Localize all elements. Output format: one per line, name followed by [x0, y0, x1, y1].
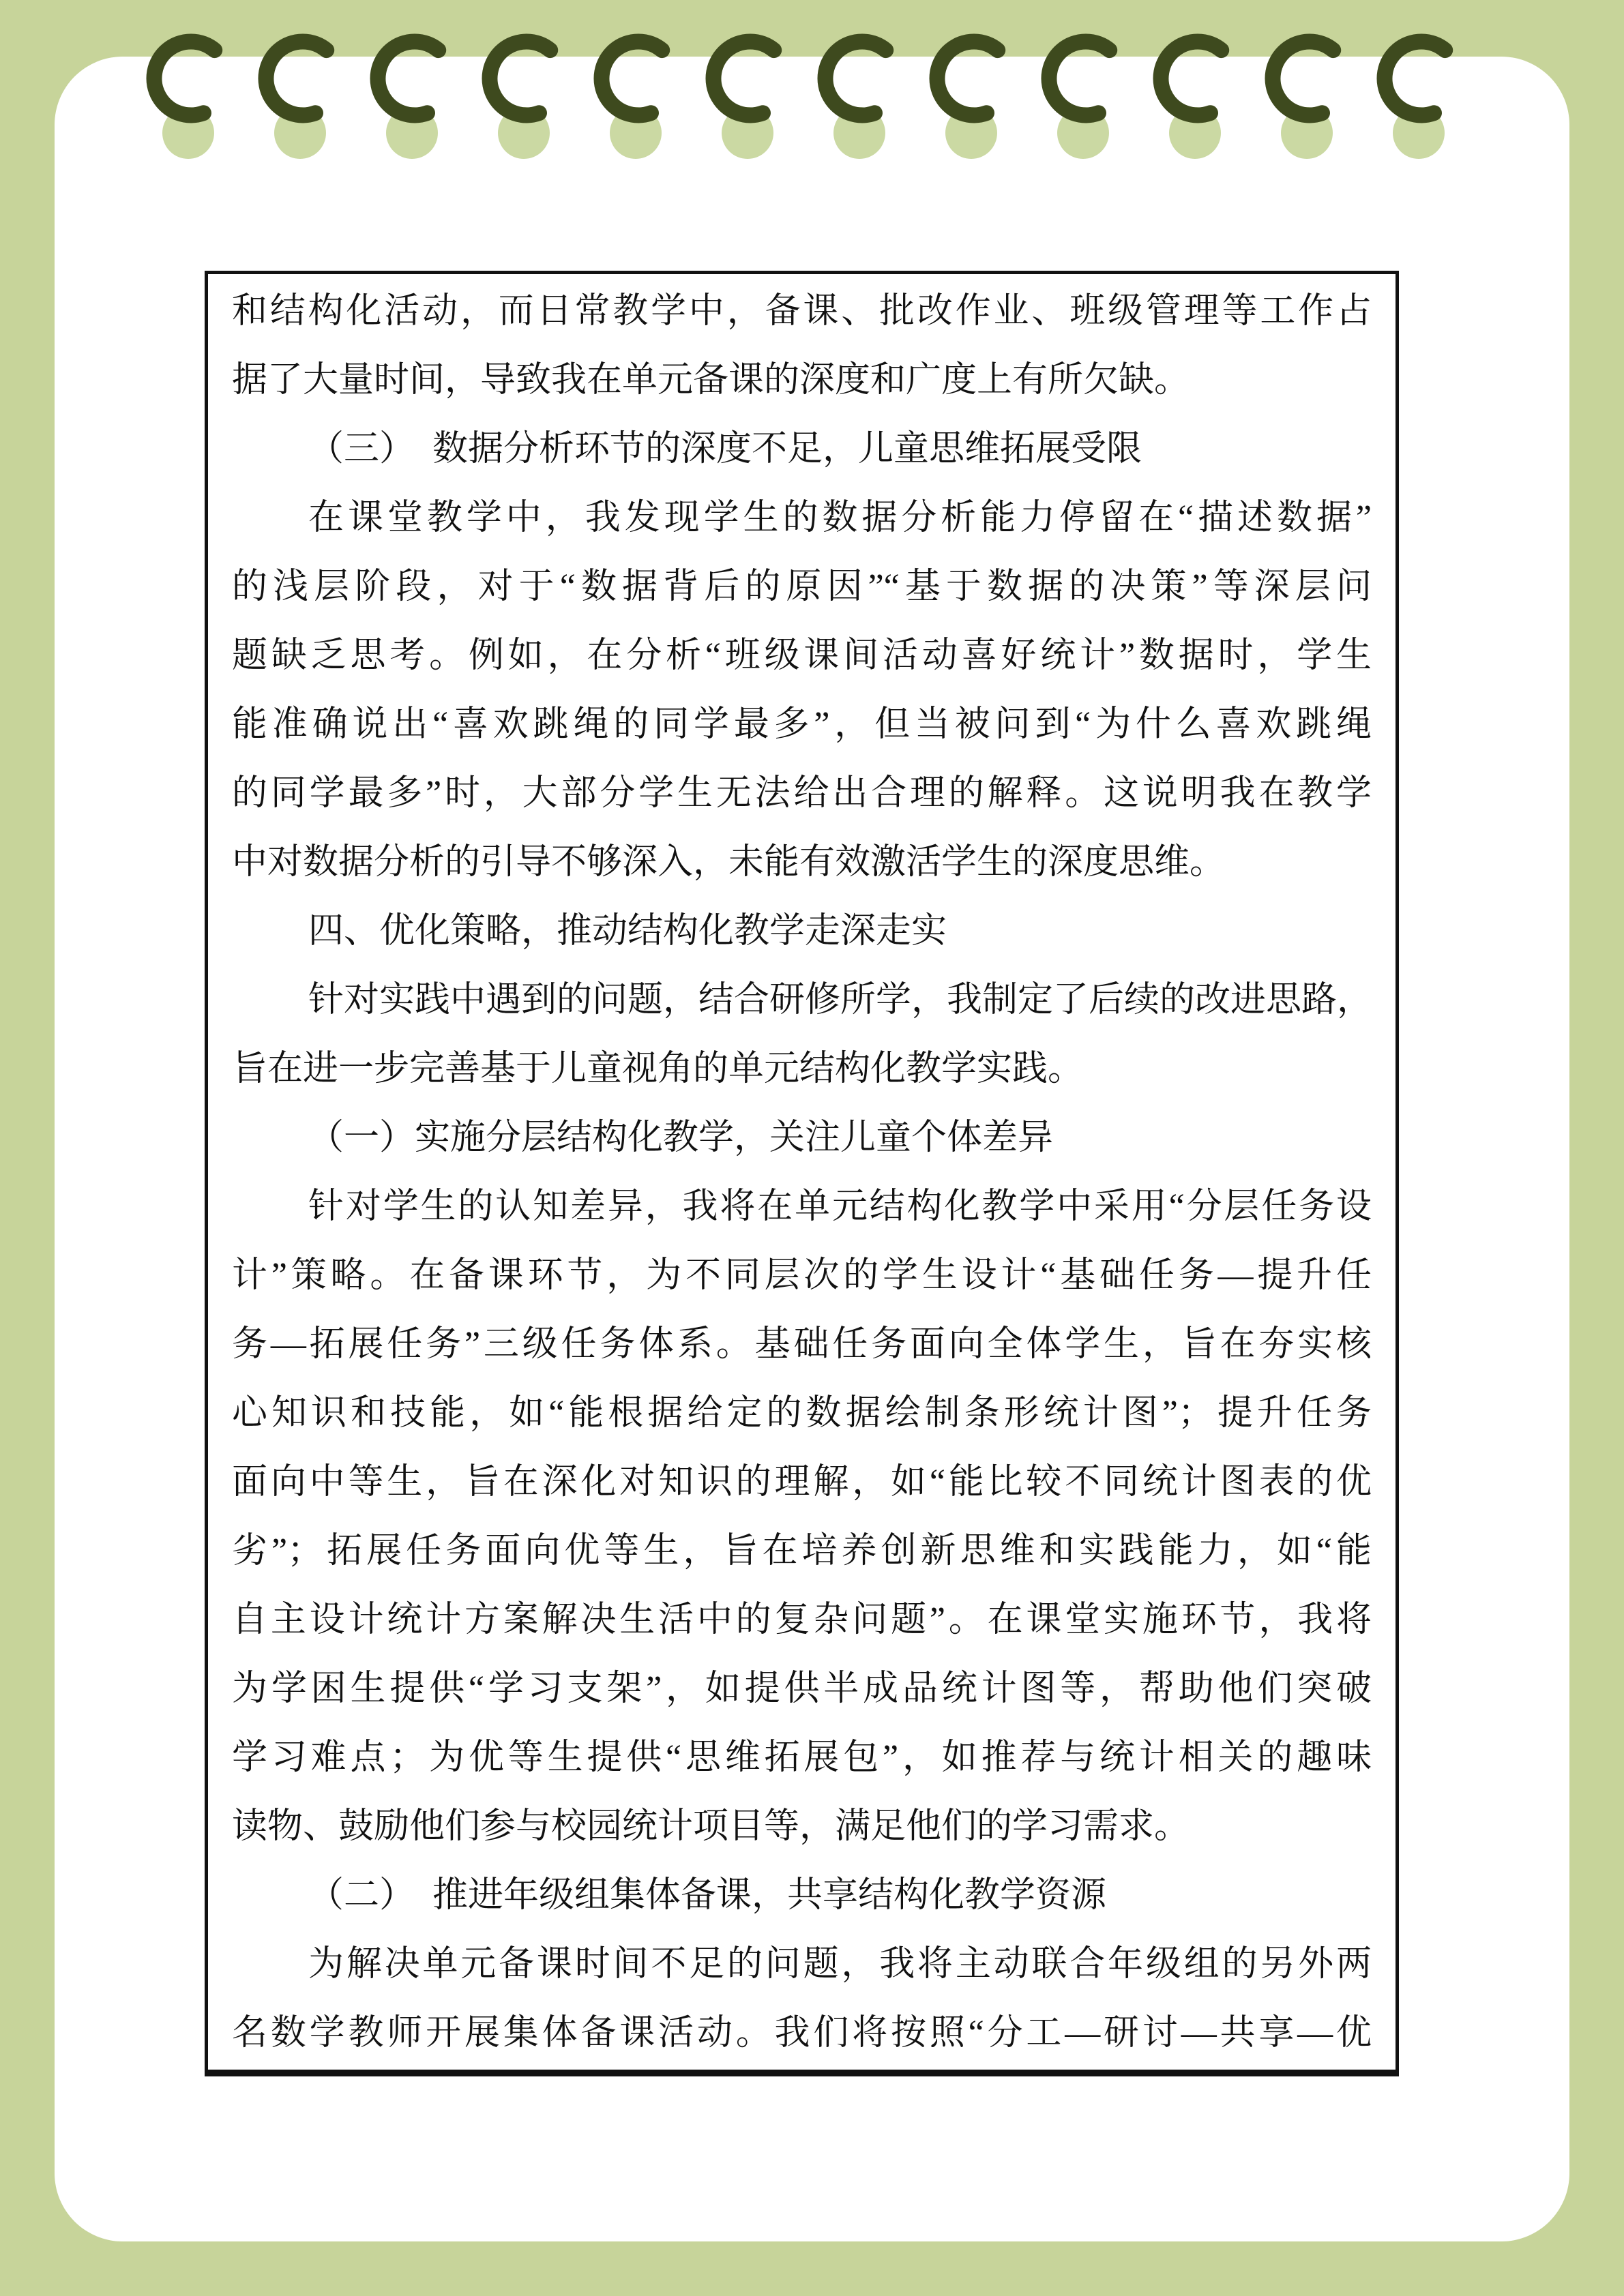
text-line: 务—拓展任务”三级任务体系。基础任务面向全体学生，旨在夯实核	[232, 1310, 1372, 1379]
text-line: 的浅层阶段，对于“数据背后的原因”“基于数据的决策”等深层问	[232, 552, 1372, 621]
spiral-ring	[1161, 42, 1222, 159]
text-line: 能准确说出“喜欢跳绳的同学最多”，但当被问到“为什么喜欢跳绳	[232, 690, 1372, 759]
ring-wire-icon	[378, 42, 439, 115]
ring-wire-icon	[713, 42, 774, 115]
spiral-ring	[266, 42, 327, 159]
spiral-ring	[937, 42, 998, 159]
text-line: 心知识和技能，如“能根据给定的数据绘制条形统计图”；提升任务	[232, 1379, 1372, 1448]
text-line: 中对数据分析的引导不够深入，未能有效激活学生的深度思维。	[232, 828, 1372, 897]
text-line: （二） 推进年级组集体备课，共享结构化教学资源	[232, 1861, 1372, 1930]
ring-wire-icon	[825, 42, 886, 115]
ring-wire-icon	[937, 42, 998, 115]
spiral-ring	[1049, 42, 1110, 159]
text-line: 面向中等生，旨在深化对知识的理解，如“能比较不同统计图表的优	[232, 1448, 1372, 1517]
text-line: 四、优化策略，推动结构化教学走深走实	[232, 897, 1372, 966]
text-line: 旨在进一步完善基于儿童视角的单元结构化教学实践。	[232, 1034, 1372, 1103]
text-line: 题缺乏思考。例如，在分析“班级课间活动喜好统计”数据时，学生	[232, 621, 1372, 690]
ring-wire-icon	[1161, 42, 1222, 115]
document-text-frame: 和结构化活动，而日常教学中，备课、批改作业、班级管理等工作占据了大量时间，导致我…	[205, 271, 1399, 2076]
ring-wire-icon	[1273, 42, 1333, 115]
spiral-ring	[154, 42, 215, 159]
text-line: 劣”；拓展任务面向优等生，旨在培养创新思维和实践能力，如“能	[232, 1517, 1372, 1585]
text-line: 读物、鼓励他们参与校园统计项目等，满足他们的学习需求。	[232, 1792, 1372, 1861]
text-line: 和结构化活动，而日常教学中，备课、批改作业、班级管理等工作占	[232, 277, 1372, 346]
spiral-ring	[1385, 42, 1445, 159]
spiral-binding	[0, 0, 1624, 205]
notebook-background: 和结构化活动，而日常教学中，备课、批改作业、班级管理等工作占据了大量时间，导致我…	[0, 0, 1624, 2296]
spiral-ring	[378, 42, 439, 159]
spiral-ring	[1273, 42, 1333, 159]
text-line: 据了大量时间，导致我在单元备课的深度和广度上有所欠缺。	[232, 346, 1372, 415]
ring-wire-icon	[266, 42, 327, 115]
text-line: 的同学最多”时，大部分学生无法给出合理的解释。这说明我在教学	[232, 759, 1372, 828]
ring-wire-icon	[1049, 42, 1110, 115]
text-line: 计”策略。在备课环节，为不同层次的学生设计“基础任务—提升任	[232, 1241, 1372, 1310]
text-line: 在课堂教学中，我发现学生的数据分析能力停留在“描述数据”	[232, 483, 1372, 552]
spiral-ring	[490, 42, 550, 159]
ring-wire-icon	[490, 42, 550, 115]
text-line: （三） 数据分析环节的深度不足，儿童思维拓展受限	[232, 415, 1372, 483]
ring-wire-icon	[602, 42, 662, 115]
text-line: 为学困生提供“学习支架”，如提供半成品统计图等，帮助他们突破	[232, 1654, 1372, 1723]
ring-wire-icon	[1385, 42, 1445, 115]
text-line: 为解决单元备课时间不足的问题，我将主动联合年级组的另外两	[232, 1930, 1372, 1999]
ring-wire-icon	[154, 42, 215, 115]
text-line: 学习难点；为优等生提供“思维拓展包”，如推荐与统计相关的趣味	[232, 1723, 1372, 1792]
spiral-ring	[825, 42, 886, 159]
spiral-ring	[602, 42, 662, 159]
text-line: 自主设计统计方案解决生活中的复杂问题”。在课堂实施环节，我将	[232, 1585, 1372, 1654]
text-line: 针对学生的认知差异，我将在单元结构化教学中采用“分层任务设	[232, 1172, 1372, 1241]
text-line: （一）实施分层结构化教学，关注儿童个体差异	[232, 1103, 1372, 1172]
text-line: 针对实践中遇到的问题，结合研修所学，我制定了后续的改进思路，	[232, 966, 1372, 1034]
text-line: 名数学教师开展集体备课活动。我们将按照“分工—研讨—共享—优	[232, 1999, 1372, 2068]
spiral-ring	[713, 42, 774, 159]
